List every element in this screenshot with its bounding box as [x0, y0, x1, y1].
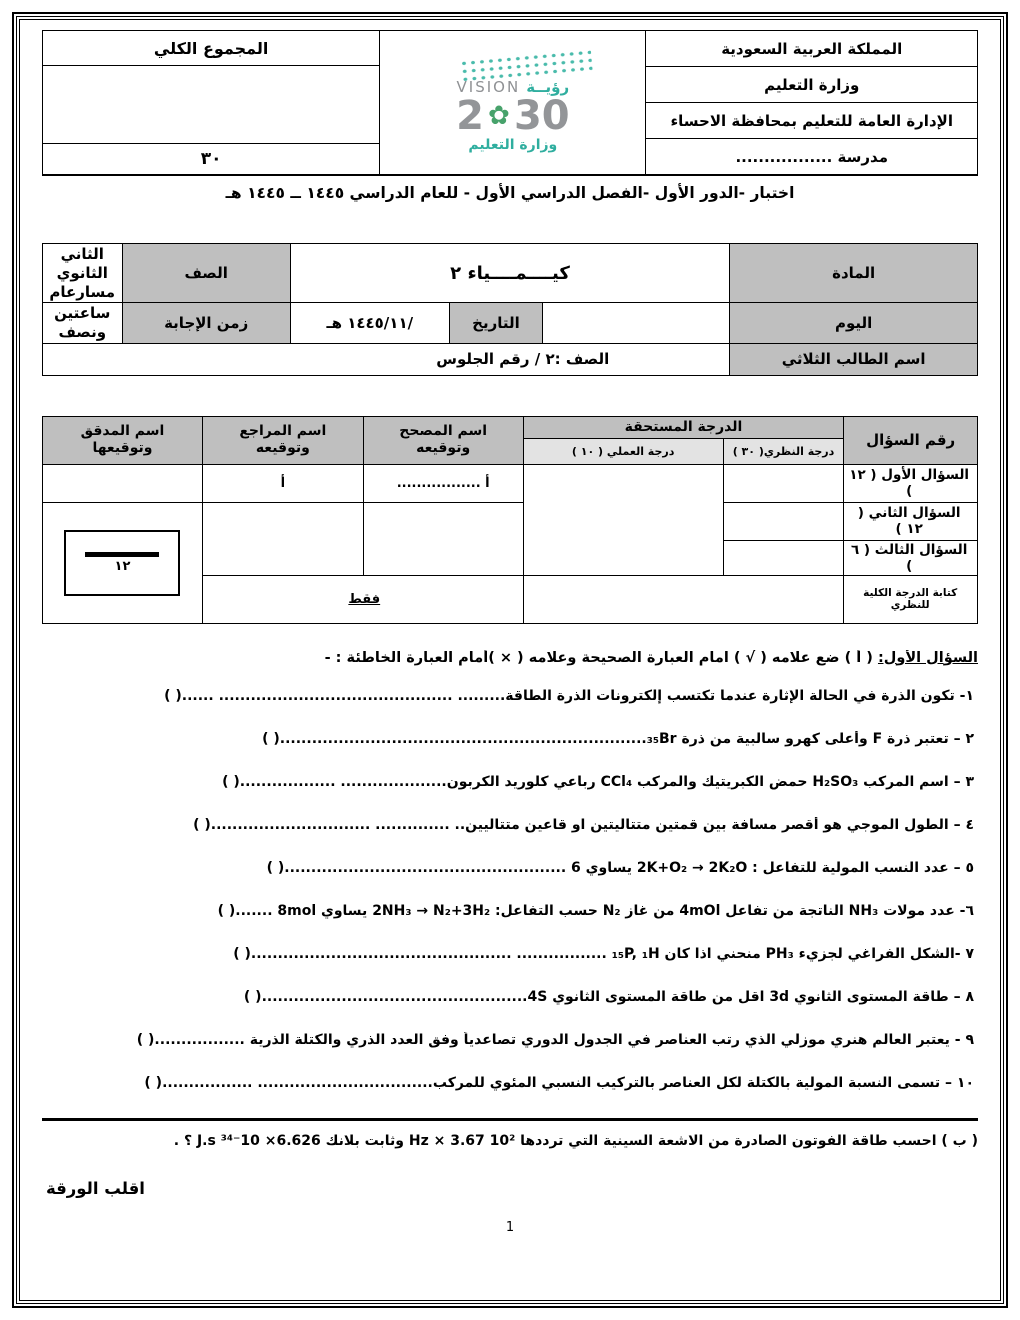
student-name-label: اسم الطالب الثلاثي [730, 343, 978, 375]
earned-score-header: الدرجة المستحقة [523, 416, 844, 438]
statement-8: ٨ – طاقة المستوى الثانوي 3d اقل من طاقة … [42, 989, 978, 1005]
answer-time-label: زمن الإجابة [122, 303, 290, 344]
header-table: المملكة العربية السعودية وزارة التعليم ا… [42, 30, 978, 175]
page-border-inner: المملكة العربية السعودية وزارة التعليم ا… [19, 19, 1001, 1301]
reviewer-header-line1: اسم المراجع [206, 423, 360, 440]
score-box-line [85, 552, 159, 557]
question2-theory-score-cell [723, 502, 844, 540]
statement-7: ٧ -الشكل الفراغي لجزيء PH₃ منحني اذا كان… [42, 946, 978, 962]
reviewer-empty-cell [202, 502, 363, 575]
statement-4: ٤ – الطول الموجي هو أقصر مسافة بين قمتين… [42, 817, 978, 833]
day-value-cell [543, 303, 730, 344]
subject-value: كيــــمــــياء ٢ [290, 244, 729, 303]
total-score-value: ٣٠ [43, 143, 379, 174]
question2-row-label: السؤال الثاني ( ١٢ ) [844, 502, 978, 540]
student-class-seat-cell: الصف :٢ / رقم الجلوس [43, 343, 730, 375]
final-score-box: ١٢ [64, 530, 180, 596]
header-block: المملكة العربية السعودية وزارة التعليم ا… [42, 30, 978, 209]
total-score-empty-space [43, 66, 379, 143]
statement-3: ٣ – اسم المركب H₂SO₃ حمض الكبريتيك والمر… [42, 774, 978, 790]
theory-score-header: درجة النظري( ٣٠ ) [723, 438, 844, 464]
question3-row-label: السؤال الثالث ( ٦ ) [844, 540, 978, 575]
only-word: فقط [348, 592, 380, 607]
total-score-label: المجموع الكلي [43, 31, 379, 66]
exam-info-table: المادة كيــــمــــياء ٢ الصف الثاني الثا… [42, 243, 978, 376]
page-border-middle: المملكة العربية السعودية وزارة التعليم ا… [16, 16, 1004, 1304]
auditor-header-line1: اسم المدقق [46, 423, 199, 440]
palm-emblem-icon [484, 99, 514, 133]
total-theory-row-label: كتابة الدرجة الكلية للنظري [844, 575, 978, 623]
reviewer-header: اسم المراجع وتوقيعه [202, 416, 363, 464]
ministry-of-education-wordmark: وزارة التعليم [468, 138, 557, 152]
administration-line: الإدارة العامة للتعليم بمحافظة الاحساء [646, 102, 977, 138]
statement-1: ١- تكون الذرة في الحالة الإثارة عندما تك… [42, 688, 978, 704]
school-line: مدرسة ................. [646, 138, 977, 174]
auditor-signature-cell [43, 464, 203, 502]
logo-cell: VISION رؤيــة 2 30 وزارة التعليم [379, 31, 645, 174]
date-value-cell: /١٤٤٥/١١ هـ [290, 303, 449, 344]
question-number-header: رقم السؤال [844, 416, 978, 464]
statement-list: ١- تكون الذرة في الحالة الإثارة عندما تك… [42, 688, 978, 1091]
page-border-outer: المملكة العربية السعودية وزارة التعليم ا… [12, 12, 1008, 1308]
vision-2030-logo: VISION رؤيــة 2 30 وزارة التعليم [434, 54, 592, 152]
ministry-line: وزارة التعليم [646, 66, 977, 102]
reviewer-header-line2: وتوقيعه [206, 440, 360, 457]
question-one-title: السؤال الأول: [878, 650, 978, 666]
question1-row-label: السؤال الأول ( ١٢ ) [844, 464, 978, 502]
answer-time-value: ساعتين ونصف [43, 303, 123, 344]
statement-10: ١٠ – تسمى النسبة المولية بالكتلة لكل الع… [42, 1075, 978, 1091]
statement-9: ٩ - يعتبر العالم هنري موزلي الذي رتب الع… [42, 1032, 978, 1048]
corrector-header-line2: وتوقيعه [367, 440, 520, 457]
corrector-header: اسم المصحح وتوقيعه [363, 416, 523, 464]
question1-theory-score-cell [723, 464, 844, 502]
reviewer-signature-cell: أ [202, 464, 363, 502]
corrector-signature-cell: أ ................. [363, 464, 523, 502]
year-prefix: 2 [456, 96, 484, 136]
statement-6: ٦- عدد مولات NH₃ الناتجة من تفاعل 4mOl م… [42, 903, 978, 919]
score-box-value: ١٢ [115, 559, 131, 574]
auditor-header: اسم المدقق وتوقيعها [43, 416, 203, 464]
exam-title-bar: اختبار -الدور الأول -الفصل الدراسي الأول… [42, 175, 978, 209]
subject-label: المادة [730, 244, 978, 303]
practical-score-header: درجة العملي ( ١٠ ) [523, 438, 723, 464]
grading-table: رقم السؤال الدرجة المستحقة اسم المصحح وت… [42, 416, 978, 624]
class-value: الثاني الثانوي مسارعام [43, 244, 123, 303]
only-word-cell: فقط [202, 575, 523, 623]
total-score-column: المجموع الكلي ٣٠ [43, 31, 379, 174]
year-suffix: 30 [514, 96, 570, 136]
header-official-column: المملكة العربية السعودية وزارة التعليم ا… [645, 31, 977, 174]
part-b-question: ( ب ) احسب طاقة الفوتون الصادرة من الاشع… [42, 1133, 978, 1149]
corrector-empty-cell [363, 502, 523, 575]
page-content: المملكة العربية السعودية وزارة التعليم ا… [20, 20, 1000, 1235]
auditor-header-line2: وتوقيعها [46, 440, 199, 457]
question-one-instructions: ( أ ) ضع علامه ( √ ) امام العبارة الصحيح… [325, 650, 878, 666]
year-2030: 2 30 [456, 96, 570, 136]
section-divider-line [42, 1118, 978, 1121]
day-label: اليوم [730, 303, 978, 344]
date-label: التاريخ [449, 303, 543, 344]
question-one-intro: السؤال الأول: ( أ ) ضع علامه ( √ ) امام … [42, 650, 978, 666]
kingdom-line: المملكة العربية السعودية [646, 31, 977, 66]
total-theory-score-cell [523, 575, 844, 623]
statement-2: ٢ – تعتبر ذرة F وأعلى كهرو سالبية من ذرة… [42, 731, 978, 747]
practical-score-cell [523, 464, 723, 575]
question3-theory-score-cell [723, 540, 844, 575]
vision-dots-pattern-icon [459, 48, 593, 83]
class-label: الصف [122, 244, 290, 303]
statement-5: ٥ – عدد النسب المولية للتفاعل : 2K+O₂ → … [42, 860, 978, 876]
flip-page-note: اقلب الورقة [46, 1179, 145, 1198]
auditor-score-box-cell: ١٢ [43, 502, 203, 623]
page-number: 1 [42, 1220, 978, 1235]
corrector-header-line1: اسم المصحح [367, 423, 520, 440]
